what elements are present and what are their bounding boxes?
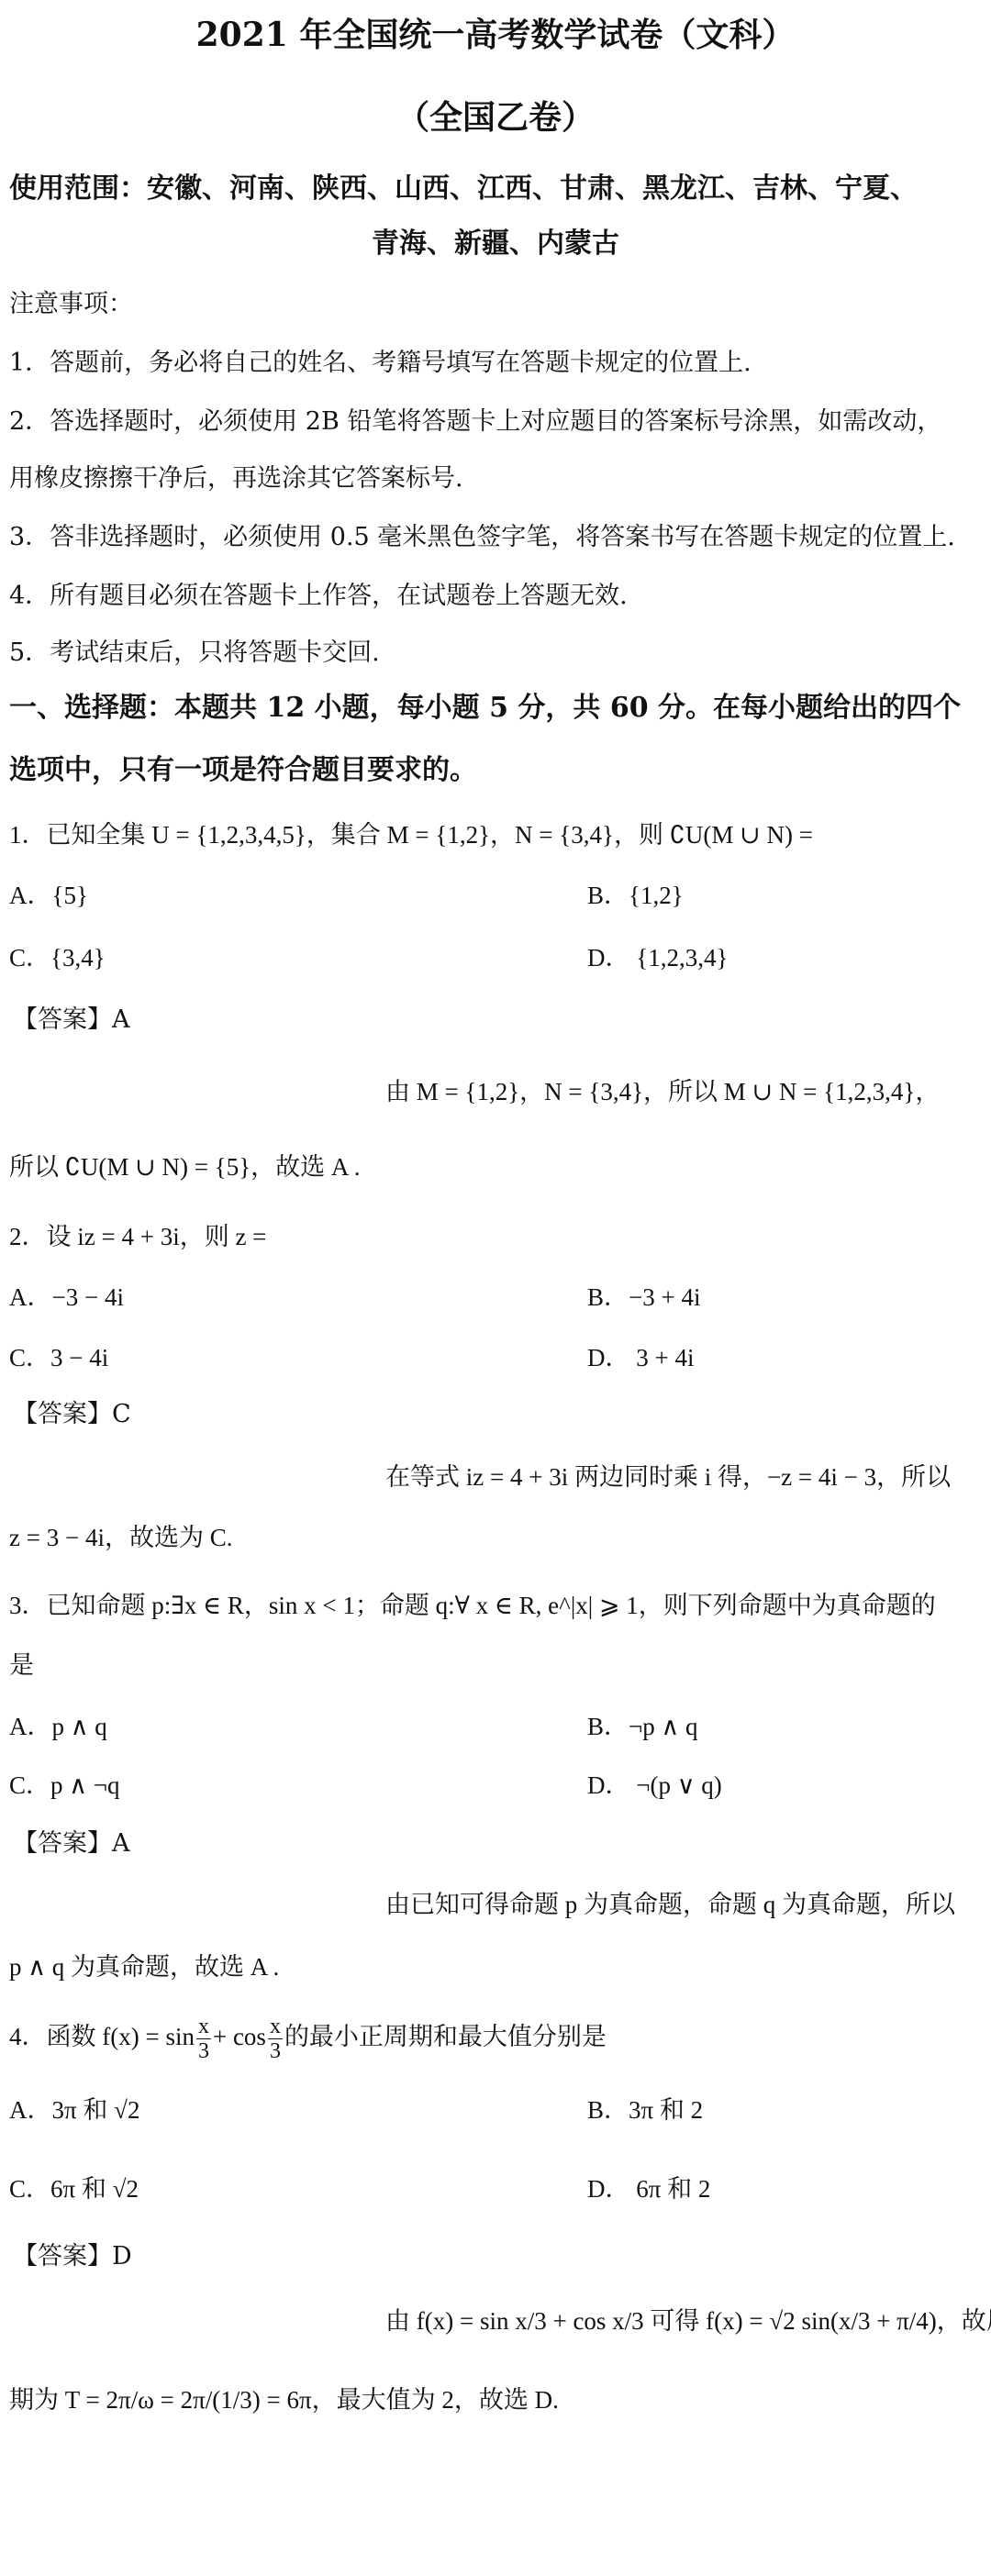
- question-4-option-d: D． 6π 和 2: [587, 2171, 710, 2207]
- question-2-option-a: A．−3 − 4i: [9, 1279, 124, 1316]
- question-4-stem: 4．函数 f(x) = sinx3+ cosx3的最小正周期和最大值分别是: [9, 2009, 982, 2064]
- question-2-explanation-line-1: 在等式 iz = 4 + 3i 两边同时乘 i 得，−z = 4i − 3，所以: [385, 1459, 982, 1495]
- question-3-stem-line-1: 3．已知命题 p:∃x ∈ R，sin x < 1；命题 q:∀ x ∈ R, …: [9, 1587, 982, 1624]
- question-1-explanation-line-1: 由 M = {1,2}，N = {3,4}，所以 M ∪ N = {1,2,3,…: [385, 1073, 982, 1110]
- note-item-3: 3．答非选择题时，必须使用 0.5 毫米黑色签字笔，将答案书写在答题卡规定的位置…: [9, 519, 982, 556]
- question-1-option-d: D． {1,2,3,4}: [587, 939, 728, 976]
- fraction-x-over-3: x3: [196, 2015, 211, 2063]
- note-item-1: 1．答题前，务必将自己的姓名、考籍号填写在答题卡规定的位置上.: [9, 345, 982, 382]
- question-4-stem-suffix: 的最小正周期和最大值分别是: [284, 2023, 607, 2050]
- question-3-stem-line-2: 是: [9, 1648, 982, 1684]
- question-4-stem-func: f(x) = sin: [102, 2023, 195, 2050]
- note-item-4: 4．所有题目必须在答题卡上作答，在试题卷上答题无效.: [9, 578, 982, 615]
- question-2-option-b: B．−3 + 4i: [587, 1279, 700, 1316]
- scope-line-1: 使用范围：安徽、河南、陕西、山西、江西、甘肃、黑龙江、吉林、宁夏、: [9, 171, 982, 207]
- exam-subtitle: （全国乙卷）: [0, 99, 991, 136]
- question-4-option-b: B．3π 和 2: [587, 2092, 703, 2128]
- question-2-answer: 【答案】C: [13, 1396, 982, 1433]
- question-1-option-c: C．{3,4}: [9, 939, 106, 976]
- question-3-option-b: B．¬p ∧ q: [587, 1708, 698, 1745]
- note-item-2-cont: 用橡皮擦擦干净后，再选涂其它答案标号.: [9, 461, 982, 497]
- notes-heading: 注意事项：: [9, 286, 982, 323]
- question-3-explanation-line-1: 由已知可得命题 p 为真命题，命题 q 为真命题，所以: [385, 1886, 982, 1923]
- question-3-option-c: C．p ∧ ¬q: [9, 1767, 120, 1804]
- question-4-option-a: A．3π 和 √2: [9, 2092, 139, 2128]
- note-item-5: 5．考试结束后，只将答题卡交回.: [9, 635, 982, 672]
- question-3-option-a: A．p ∧ q: [9, 1708, 107, 1745]
- question-1-option-b: B．{1,2}: [587, 877, 684, 914]
- section-heading-line-1: 一、选择题：本题共 12 小题，每小题 5 分，共 60 分。在每小题给出的四个: [9, 690, 982, 727]
- question-1-answer: 【答案】A: [13, 1002, 982, 1038]
- question-4-option-c: C．6π 和 √2: [9, 2171, 139, 2207]
- question-1-stem: 1．已知全集 U = {1,2,3,4,5}，集合 M = {1,2}，N = …: [9, 816, 982, 853]
- question-4-stem-prefix: 4．函数: [9, 2023, 102, 2050]
- fraction-x-over-3: x3: [268, 2015, 283, 2063]
- question-2-explanation-line-2: z = 3 − 4i，故选为 C.: [9, 1519, 982, 1556]
- question-3-answer: 【答案】A: [13, 1826, 982, 1862]
- exam-title: 2021 年全国统一高考数学试卷（文科）: [0, 17, 991, 53]
- question-2-option-c: C．3 − 4i: [9, 1339, 108, 1376]
- question-4-explanation-line-2: 期为 T = 2π/ω = 2π/(1/3) = 6π，最大值为 2，故选 D.: [9, 2382, 982, 2418]
- scope-line-2: 青海、新疆、内蒙古: [0, 226, 991, 262]
- question-1-option-a: A．{5}: [9, 877, 88, 914]
- question-2-option-d: D． 3 + 4i: [587, 1339, 694, 1376]
- question-3-explanation-line-2: p ∧ q 为真命题，故选 A .: [9, 1949, 982, 1985]
- question-1-explanation-line-2: 所以 ∁U(M ∪ N) = {5}，故选 A .: [9, 1149, 982, 1185]
- question-2-stem: 2．设 iz = 4 + 3i，则 z =: [9, 1218, 982, 1255]
- section-heading-line-2: 选项中，只有一项是符合题目要求的。: [9, 752, 982, 789]
- note-item-2: 2．答选择题时，必须使用 2B 铅笔将答题卡上对应题目的答案标号涂黑，如需改动，: [9, 404, 982, 440]
- question-4-answer: 【答案】D: [13, 2238, 982, 2275]
- question-3-option-d: D． ¬(p ∨ q): [587, 1767, 722, 1804]
- question-4-stem-mid: + cos: [213, 2023, 266, 2050]
- question-4-explanation-line-1: 由 f(x) = sin x/3 + cos x/3 可得 f(x) = √2 …: [385, 2303, 982, 2339]
